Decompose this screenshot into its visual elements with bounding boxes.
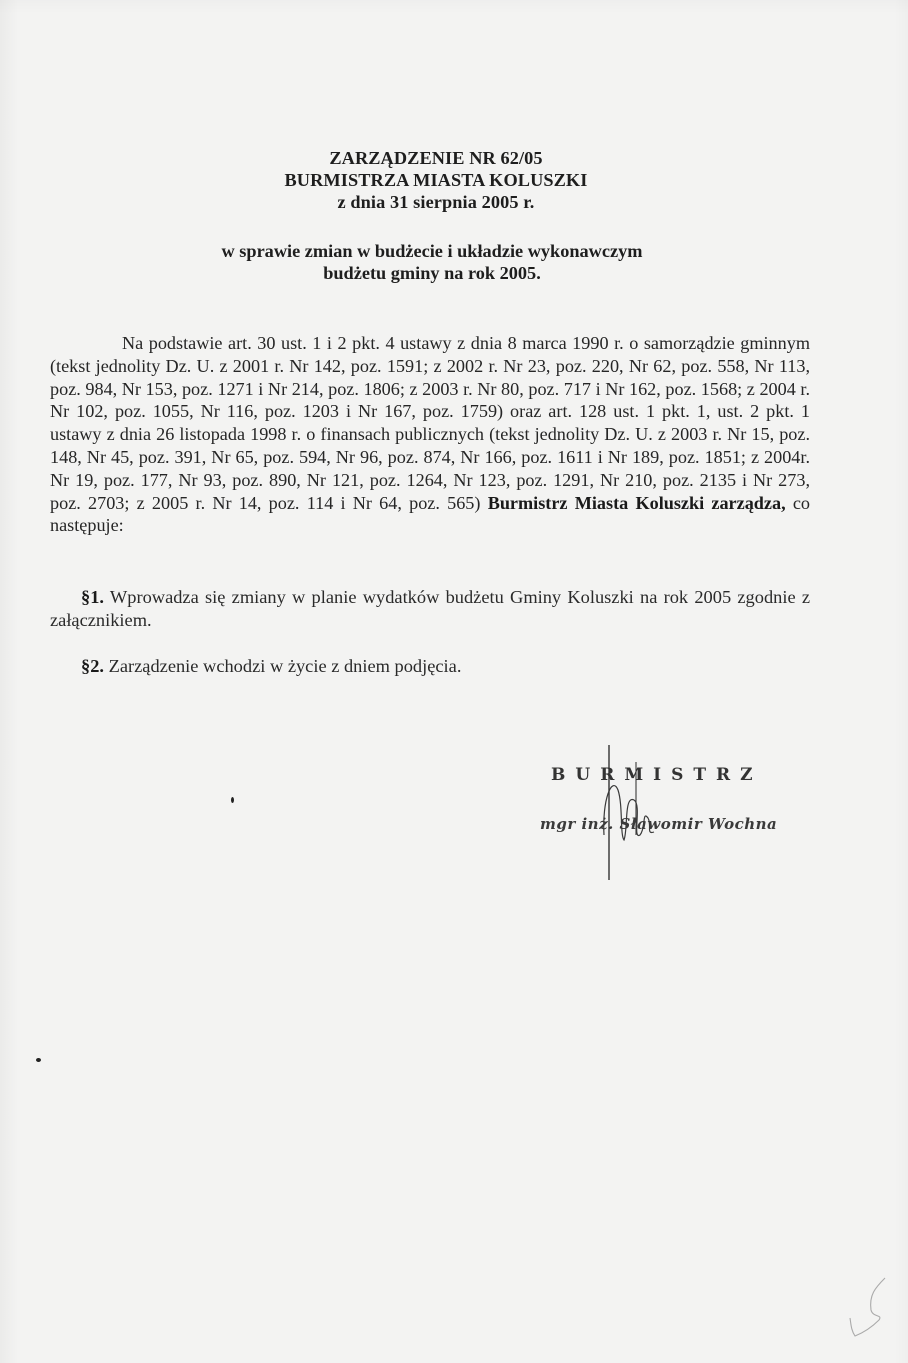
- legal-basis-bold: Burmistrz Miasta Koluszki zarządza,: [488, 493, 786, 513]
- section-1-text: Wprowadza się zmiany w planie wydatków b…: [50, 587, 810, 630]
- section-2-text: Zarządzenie wchodzi w życie z dniem podj…: [109, 656, 462, 676]
- legal-basis-text: Na podstawie art. 30 ust. 1 i 2 pkt. 4 u…: [50, 333, 810, 513]
- section-1: §1. Wprowadza się zmiany w planie wydatk…: [50, 586, 810, 632]
- document-date: z dnia 31 sierpnia 2005 r.: [0, 191, 872, 213]
- handwritten-signature-icon: [590, 740, 670, 885]
- document-header: ZARZĄDZENIE NR 62/05 BURMISTRZA MIASTA K…: [0, 147, 872, 213]
- scan-speck: [231, 797, 234, 803]
- section-2-marker: §2.: [81, 656, 104, 676]
- issuing-authority: BURMISTRZA MIASTA KOLUSZKI: [0, 169, 872, 191]
- document-subject: w sprawie zmian w budżecie i układzie wy…: [0, 240, 864, 284]
- section-2: §2. Zarządzenie wchodzi w życie z dniem …: [50, 655, 810, 678]
- document-title: ZARZĄDZENIE NR 62/05: [0, 147, 872, 169]
- subject-line-2: budżetu gminy na rok 2005.: [0, 262, 864, 284]
- subject-line-1: w sprawie zmian w budżecie i układzie wy…: [0, 240, 864, 262]
- pencil-mark-icon: [845, 1270, 905, 1350]
- scan-speck: [36, 1058, 41, 1062]
- legal-basis-paragraph: Na podstawie art. 30 ust. 1 i 2 pkt. 4 u…: [50, 332, 810, 537]
- section-1-marker: §1.: [81, 587, 104, 607]
